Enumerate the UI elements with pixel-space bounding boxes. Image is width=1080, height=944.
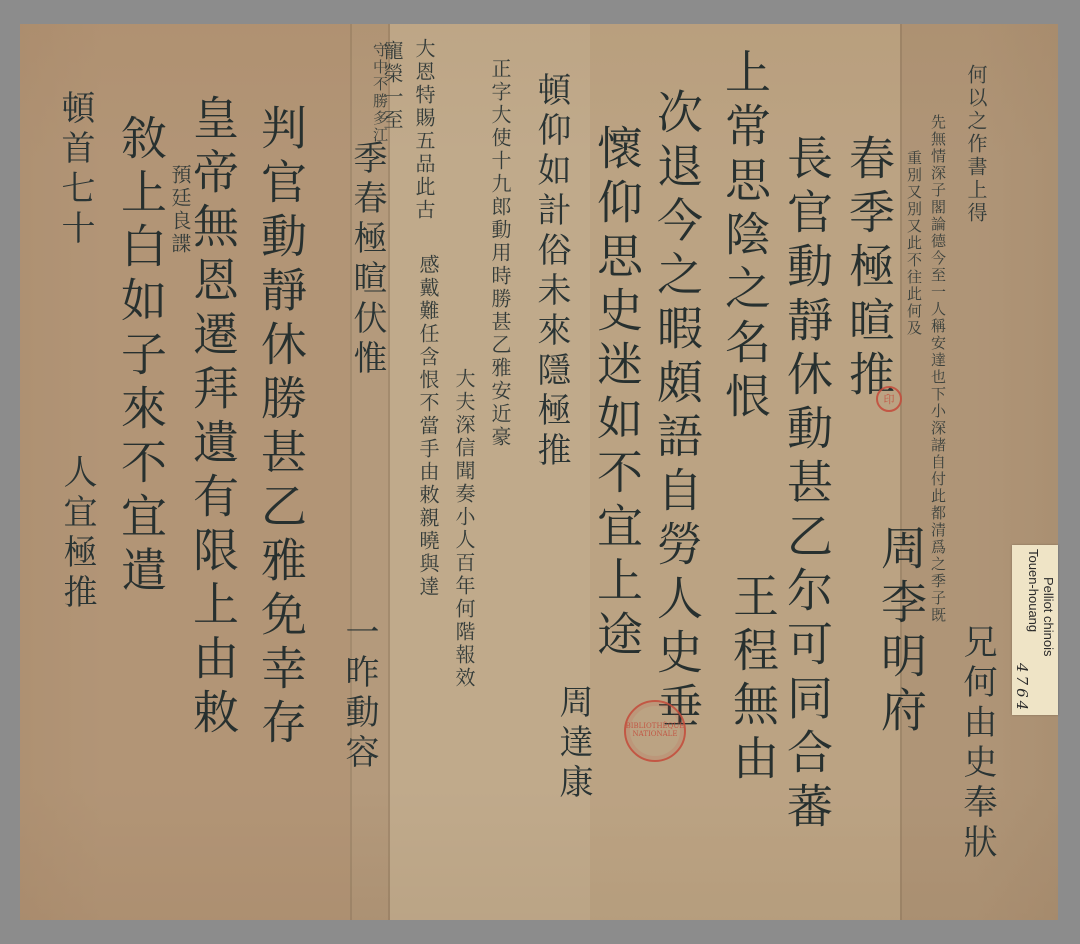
library-seal-stamp: BIBLIOTHÈQUE NATIONALE bbox=[624, 700, 686, 762]
text-column: 頓首七十 bbox=[58, 90, 92, 250]
text-column: 長官動靜休動甚乙尔可同合蕃 bbox=[784, 134, 830, 836]
text-column: 季春極暄伏惟 bbox=[350, 140, 384, 380]
text-column: 何以之作書上得 bbox=[966, 64, 986, 225]
label-site: Touen-houang bbox=[1026, 549, 1041, 632]
text-column: 守中不勝多江 bbox=[372, 42, 387, 144]
paper-seam bbox=[388, 24, 390, 920]
manuscript-paper: 頓首七十 人宜極推 季春極暄伏惟 一昨動容 敘上白如子來不宜遣 皇帝無恩遷拜遺有… bbox=[20, 24, 1058, 920]
text-column: 次退今之暇頗語自勞人史垂 bbox=[654, 88, 700, 736]
label-number: 4764 bbox=[1013, 663, 1031, 713]
text-column: 大恩特賜五品此古 bbox=[414, 38, 434, 222]
text-column: 正字大使十九郎動用時勝甚乙雅安近豪 bbox=[490, 58, 510, 449]
text-column: 頓仰如計俗未來隱極推 bbox=[534, 72, 568, 472]
text-column: 重別又別又此不往此何及 bbox=[906, 150, 921, 337]
text-column: 兄何由史奉狀 bbox=[960, 624, 994, 864]
text-column: 敘上白如子來不宜遣 bbox=[118, 114, 164, 600]
text-column: 王程無由 bbox=[730, 572, 776, 788]
text-column: 上常思陰之名恨 bbox=[722, 48, 768, 426]
text-column: 大夫深信聞奏小人百年何階報效 bbox=[454, 368, 474, 690]
collector-seal-stamp: 印 bbox=[876, 386, 902, 412]
text-column: 判官動靜休勝甚乙雅免幸存 bbox=[258, 104, 304, 752]
label-collection: Pelliot chinois bbox=[1041, 577, 1056, 657]
text-column: 周李明府 bbox=[878, 524, 924, 740]
text-column: 感戴難任含恨不當手由敕親曉與達 bbox=[418, 254, 438, 599]
text-column: 人宜極推 bbox=[60, 454, 94, 614]
text-column: 懷仰思史迷如不宜上途 bbox=[594, 124, 640, 664]
text-column: 皇帝無恩遷拜遺有限上由敕 bbox=[190, 94, 236, 742]
text-column: 周達康 bbox=[556, 684, 590, 804]
paper-seam bbox=[900, 24, 902, 920]
text-column: 一昨動容 bbox=[342, 614, 376, 774]
text-column: 春季極暄推 bbox=[846, 134, 892, 404]
catalog-label: Pelliot chinois Touen-houang 4764 bbox=[1012, 545, 1058, 715]
text-column: 預廷良諜 bbox=[170, 164, 190, 256]
text-column: 先無情深子閣論德今至一人稱安達也下小深諸自付此都清爲之季子既 bbox=[930, 114, 945, 624]
